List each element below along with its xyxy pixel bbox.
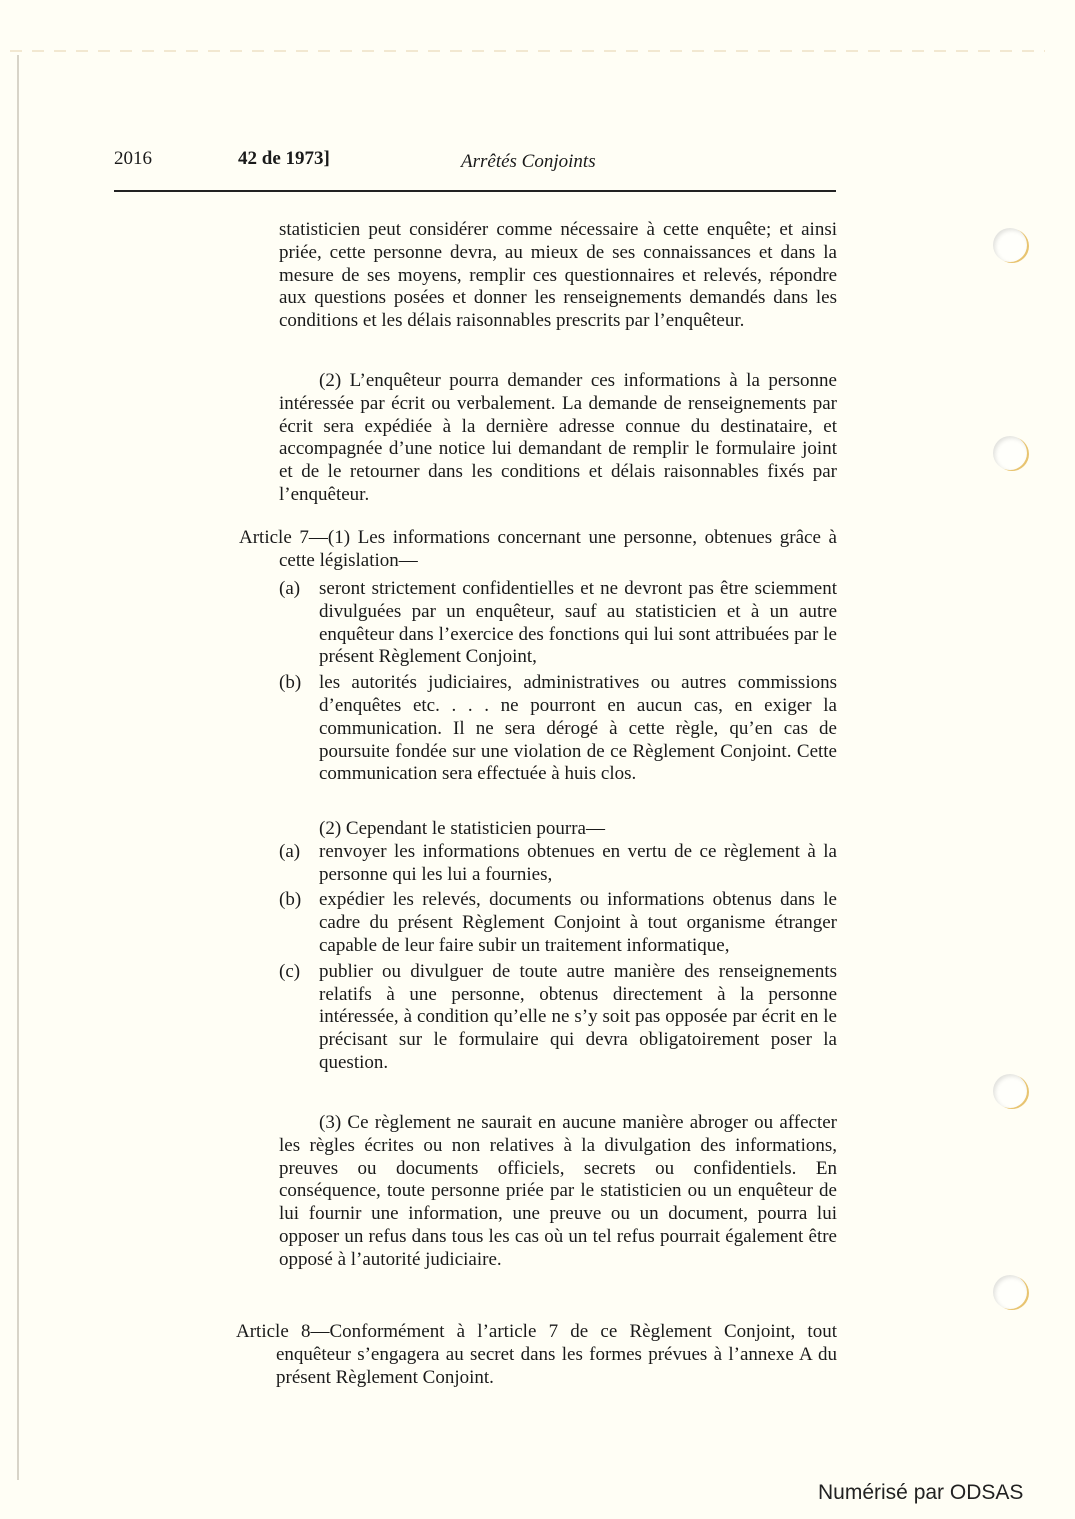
item-label: (b) [279, 889, 301, 912]
item-label: (c) [279, 961, 300, 984]
item-text: seront strictement confidentielles et ne… [319, 578, 837, 667]
item-text: publier ou divulguer de toute autre mani… [319, 961, 837, 1073]
punch-hole-icon [993, 1275, 1027, 1309]
list-item: (a) seront strictement confidentielles e… [279, 578, 837, 669]
article-7-1-items: (a) seront strictement confidentielles e… [279, 578, 837, 786]
list-item: (b) les autorités judiciaires, administr… [279, 672, 837, 786]
paragraph-intro: (2) Cependant le statisticien pourra— [279, 818, 837, 841]
section-6-2: (2) L’enquêteur pourra demander ces info… [279, 370, 837, 507]
paragraph-text: (2) L’enquêteur pourra demander ces info… [279, 370, 837, 507]
paragraph-text: statisticien peut considérer comme néces… [279, 219, 837, 333]
punch-hole-icon [993, 1074, 1027, 1108]
list-item: (a) renvoyer les informations obtenues e… [279, 841, 837, 887]
article-8: Article 8—Conformément à l’article 7 de … [236, 1321, 837, 1389]
page-top-edge [10, 50, 1045, 52]
digitization-watermark: Numérisé par ODSAS [818, 1481, 1023, 1505]
paragraph-text: (3) Ce règlement ne saurait en aucune ma… [279, 1112, 837, 1272]
running-title: Arrêtés Conjoints [461, 151, 596, 173]
article-7-3: (3) Ce règlement ne saurait en aucune ma… [279, 1112, 837, 1272]
punch-hole-icon [993, 436, 1027, 470]
item-label: (b) [279, 672, 301, 695]
article-7-2: (2) Cependant le statisticien pourra— (a… [279, 818, 837, 1075]
item-text: expédier les relevés, documents ou infor… [319, 889, 837, 956]
header-rule [114, 190, 836, 192]
punch-hole-icon [993, 228, 1027, 262]
item-text: les autorités judiciaires, administrativ… [319, 672, 837, 784]
item-text: renvoyer les informations obtenues en ve… [319, 841, 837, 885]
list-item: (c) publier ou divulguer de toute autre … [279, 961, 837, 1075]
running-header: 2016 42 de 1973] Arrêtés Conjoints [114, 148, 836, 178]
page-left-edge [17, 55, 19, 1480]
list-item: (b) expédier les relevés, documents ou i… [279, 889, 837, 957]
continuation-paragraph: statisticien peut considérer comme néces… [279, 219, 837, 333]
item-label: (a) [279, 578, 300, 601]
article-8-text: Article 8—Conformément à l’article 7 de … [236, 1321, 837, 1389]
article-7-intro: Article 7—(1) Les informations concernan… [239, 527, 837, 573]
page-number: 2016 [114, 148, 152, 170]
article-7-heading: Article 7—(1) Les informations concernan… [239, 527, 837, 573]
act-reference: 42 de 1973] [238, 148, 330, 170]
item-label: (a) [279, 841, 300, 864]
